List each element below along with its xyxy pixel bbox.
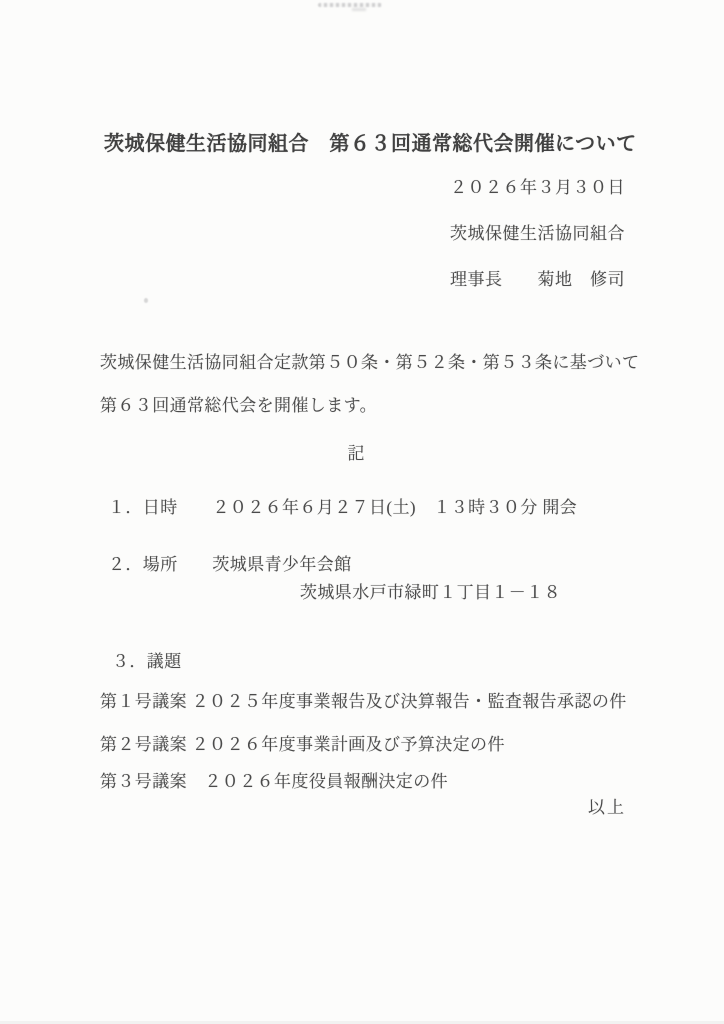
organization-name: 茨城保健生活協同組合	[450, 223, 625, 246]
scan-artifact-dot	[144, 298, 148, 303]
signer-president-name: 理事長 菊地 修司	[450, 269, 625, 292]
scanned-document-page: 茨城保健生活協同組合 第６３回通常総代会開催について ２０２６年３月３０日 茨城…	[0, 0, 724, 1024]
agenda-item-3: 第３号議案 ２０２６年度役員報酬決定の件	[100, 771, 448, 794]
body-paragraph-line-1: 茨城保健生活協同組合定款第５０条・第５２条・第５３条に基づいて	[100, 352, 639, 375]
item-1-datetime: １．日時 ２０２６年６月２７日(土) １３時３０分 開会	[108, 497, 577, 520]
agenda-item-1: 第１号議案 ２０２５年度事業報告及び決算報告・監査報告承認の件	[100, 691, 627, 714]
agenda-item-2: 第２号議案 ２０２６年度事業計画及び予算決定の件	[100, 734, 505, 757]
body-paragraph-line-2: 第６３回通常総代会を開催します。	[100, 395, 377, 418]
document-date: ２０２６年３月３０日	[450, 177, 625, 200]
record-marker-ki: 記	[0, 443, 712, 466]
item-2-venue: ２．場所 茨城県青少年会館	[108, 554, 352, 577]
venue-address: 茨城県水戸市緑町１丁目１－１８	[300, 582, 561, 605]
closing-marker: 以上	[588, 797, 626, 820]
item-3-agenda-heading: ３．議題	[112, 651, 182, 674]
scan-artifact-top-2	[352, 8, 366, 11]
scan-artifact-top	[318, 3, 382, 7]
document-title: 茨城保健生活協同組合 第６３回通常総代会開催について	[104, 131, 637, 158]
